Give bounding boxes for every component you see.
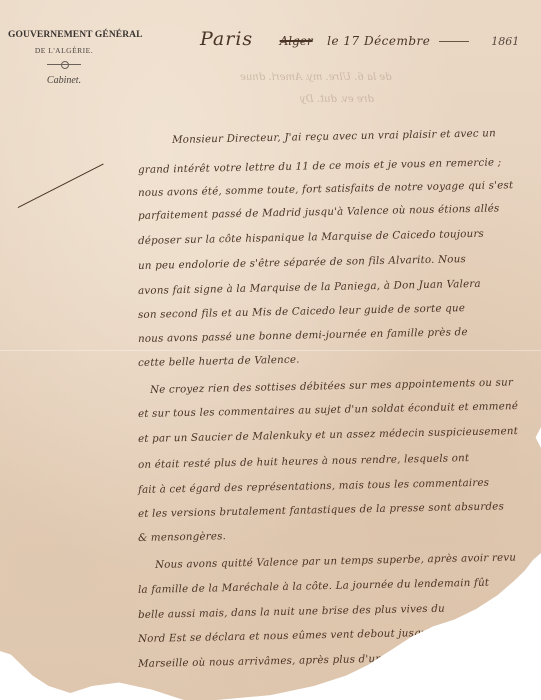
letter-line: un peu endolorie de s'être séparée de so… (138, 253, 466, 272)
dateline-place: Paris (200, 28, 253, 50)
letter-line: fait à cet égard des représentations, ma… (138, 477, 489, 496)
letter-line: Monsieur Directeur, J'ai reçu avec un vr… (172, 127, 496, 146)
letterhead: GOUVERNEMENT GÉNÉRAL DE L'ALGÉRIE. Cabin… (8, 30, 120, 86)
letter-line: nous avons passé une bonne demi-journée … (138, 326, 468, 345)
bleed-through-text: dre ev. dut. Dy (300, 94, 374, 105)
dateline-struck-word: Alger (280, 34, 313, 48)
letter-line: & mensongères. (138, 530, 226, 544)
letter-line: cette belle huerta de Valence. (138, 354, 300, 369)
bleed-through-text: de la 6. Ulre. my. Ameri. dnue (240, 72, 392, 83)
dateline-year: 1861 (491, 35, 519, 48)
letter-line: et par un Saucier de Malenkuky et un ass… (138, 425, 518, 445)
dateline: Paris Alger le 17 Décembre 1861 (200, 28, 519, 50)
dateline-date: le 17 Décembre (327, 34, 430, 48)
dateline-rule (439, 41, 469, 42)
letter-line: Marseille où nous arrivâmes, après plus … (138, 650, 500, 670)
fold-line (0, 350, 541, 351)
letter-line: et sur tous les commentaires au sujet d'… (138, 400, 518, 420)
letter-line: Ne croyez rien des sottises débitées sur… (150, 376, 513, 396)
letter-line: la famille de la Maréchale à la côte. La… (138, 577, 489, 596)
letterhead-subtitle: DE L'ALGÉRIE. (8, 46, 120, 55)
letter-line: parfaitement passé de Madrid jusqu'à Val… (138, 202, 500, 222)
letterhead-department: Cabinet. (8, 75, 120, 86)
letter-line: avons fait signe à la Marquise de la Pan… (138, 278, 481, 297)
letter-line: déposer sur la côte hispanique la Marqui… (138, 228, 484, 247)
ornament-icon (47, 61, 81, 67)
letter-line: on était resté plus de huit heures à nou… (138, 452, 470, 471)
letter-line: et les versions brutalement fantastiques… (138, 500, 504, 520)
letter-line: nous avons été, somme toute, fort satisf… (138, 179, 514, 199)
letter-line: grand intérêt votre lettre du 11 de ce m… (138, 156, 502, 176)
letter-line: son second fils et au Mis de Caicedo leu… (138, 302, 465, 321)
letter-line: Nord Est se déclara et nous eûmes vent d… (138, 627, 437, 645)
letter-line: belle aussi mais, dans la nuit une brise… (138, 603, 445, 621)
letter-paper: de la 6. Ulre. my. Ameri. dnue dre ev. d… (0, 0, 541, 700)
letterhead-title: GOUVERNEMENT GÉNÉRAL (8, 30, 120, 40)
margin-pen-stroke (18, 163, 104, 208)
letter-line: Nous avons quitté Valence par un temps s… (155, 551, 516, 571)
